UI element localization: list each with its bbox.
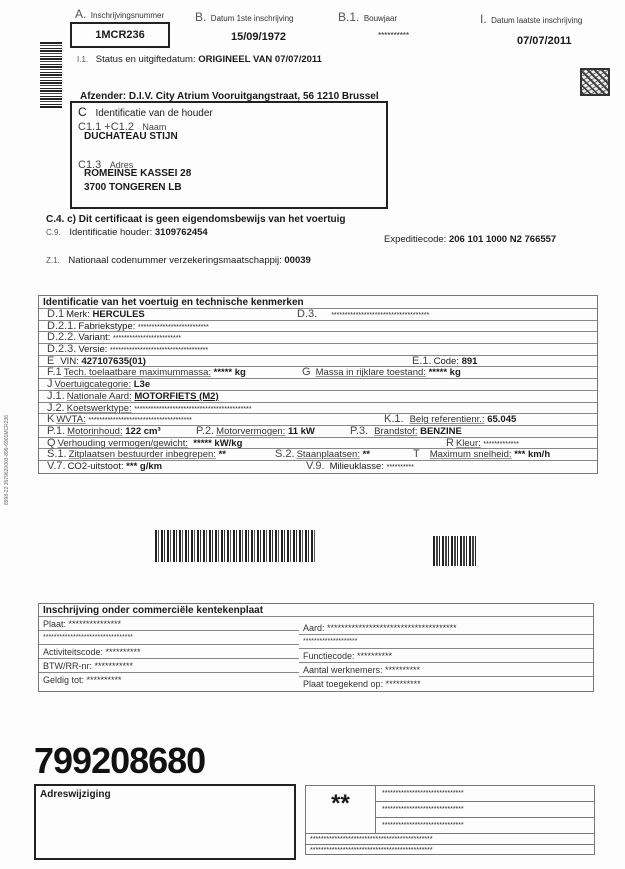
- fuel-label: Brandstof:: [374, 426, 417, 437]
- registration-number: 1MCR236: [70, 22, 170, 48]
- body-type-value: ****************************************…: [134, 406, 251, 413]
- vin-field: EVIN: 427107635(01): [47, 356, 146, 367]
- standing-code: S.2.: [275, 448, 295, 460]
- commercial-plate-grid: Plaat: *************** *****************…: [39, 617, 593, 691]
- expedition-label: Expeditiecode:: [384, 234, 446, 245]
- datamatrix-code-icon: [580, 68, 610, 96]
- max-mass-code: F.1: [47, 366, 62, 378]
- d3-value: ************************************: [331, 312, 429, 319]
- max-mass-field: F.1Tech. toelaatbare maximummassa: *****…: [47, 367, 246, 378]
- field-a-caption: Inschrijvingsnummer: [91, 11, 164, 20]
- engine-capacity-label: Motorinhoud:: [67, 426, 122, 437]
- max-speed-value: *** km/h: [514, 449, 550, 460]
- brand-value: HERCULES: [93, 309, 145, 320]
- table-row: KWVTA: *********************************…: [39, 414, 597, 426]
- running-mass-value: ***** kg: [429, 367, 461, 378]
- seats-label: Zitplaatsen bestuurder inbegrepen:: [69, 449, 216, 460]
- e1-code: E.1.: [412, 355, 432, 367]
- seats-field: S.1.Zitplaatsen bestuurder inbegrepen: *…: [47, 449, 226, 460]
- table-row: D.2.2.Variant: *************************: [39, 332, 597, 344]
- fuel-code: P.3.: [350, 425, 368, 437]
- variant-code: D.2.2.: [47, 331, 76, 343]
- power-weight-field: QVerhouding vermogen/gewicht: ***** kW/k…: [47, 438, 242, 449]
- engine-power-label: Motorvermogen:: [216, 426, 285, 437]
- build-year: **********: [378, 31, 409, 40]
- max-speed-label: Maximum snelheid:: [430, 449, 512, 460]
- field-a-label: A. Inschrijvingsnummer: [75, 5, 164, 23]
- color-value: *************: [483, 441, 518, 448]
- table-row: F.1Tech. toelaatbare maximummassa: *****…: [39, 367, 597, 379]
- vehicle-table: Identificatie van het voertuig en techni…: [38, 295, 598, 474]
- insurance-code-value: 00039: [284, 255, 310, 266]
- commercial-right-column: Aard: **********************************…: [299, 617, 593, 691]
- max-mass-label: Tech. toelaatbare maximummassa:: [64, 367, 211, 378]
- running-mass-label: Massa in rijklare toestand:: [316, 367, 426, 378]
- field-b-caption: Datum 1ste inschrijving: [211, 14, 294, 23]
- expedition-code: Expeditiecode: 206 101 1000 N2 766557: [384, 234, 556, 245]
- d3-field: D.3.************************************: [297, 309, 429, 321]
- vin-value: 427107635(01): [81, 356, 145, 367]
- wvta-code: K: [47, 413, 54, 425]
- category-field: JVoertuigcategorie: L3e: [47, 379, 150, 390]
- holder-id-value: 3109762454: [155, 227, 208, 238]
- national-type-label: Nationale Aard:: [67, 391, 132, 402]
- table-row: P.1.Motorinhoud: 122 cm³ P.2.Motorvermog…: [39, 426, 597, 438]
- insurance-code-code: Z.1.: [46, 256, 60, 265]
- masked-footer-row: ****************************************…: [306, 845, 594, 856]
- address-change-box: Adreswijziging: [34, 784, 296, 860]
- engine-power-code: P.2.: [196, 425, 214, 437]
- belg-ref-field: K.1.Belg referentienr.: 65.045: [384, 414, 516, 425]
- holder-id-line: C.9. Identificatie houder: 3109762454: [46, 227, 208, 238]
- category-value: L3e: [134, 379, 150, 390]
- commercial-cell: *********************************: [39, 631, 299, 645]
- national-type-field: J.1.Nationale Aard: MOTORFIETS (M2): [47, 391, 219, 402]
- engine-power-field: P.2.Motorvermogen: 11 kW: [196, 426, 315, 437]
- table-row: JVoertuigcategorie: L3e: [39, 379, 597, 391]
- status-line: I.1. Status en uitgiftedatum: ORIGINEEL …: [77, 54, 322, 65]
- holder-address-line1: ROMEINSE KASSEI 28: [84, 168, 191, 179]
- table-row: J.1.Nationale Aard: MOTORFIETS (M2): [39, 391, 597, 403]
- marker-cell: **: [306, 786, 376, 834]
- env-class-label: Milieuklasse:: [330, 461, 384, 472]
- status-label: Status en uitgiftedatum:: [96, 54, 196, 65]
- commercial-cell: Plaat toegekend op: **********: [299, 677, 593, 691]
- factory-type-label: Fabriekstype:: [78, 321, 135, 332]
- brand-label: Merk:: [66, 309, 90, 320]
- commercial-cell: Functiecode: **********: [299, 649, 593, 663]
- version-label: Versie:: [78, 344, 107, 355]
- table-row: D.1Merk: HERCULES D.3.******************…: [39, 309, 597, 321]
- wvta-value: **************************************: [88, 417, 192, 424]
- co2-field: V.7.CO2-uitstoot: *** g/km: [47, 461, 162, 472]
- insurance-code-line: Z.1. Nationaal codenummer verzekeringsma…: [46, 255, 311, 266]
- status-code: I.1.: [77, 55, 88, 64]
- variant-value: *************************: [113, 335, 181, 342]
- commercial-cell: ********************: [299, 635, 593, 649]
- e1-code-field: E.1.Code: 891: [412, 356, 477, 367]
- barcode-icon: [155, 530, 315, 562]
- body-type-field: J.2.Koetswerktype: *********************…: [47, 403, 251, 415]
- commercial-cell: BTW/RR-nr: ***********: [39, 659, 299, 673]
- commercial-plate-title: Inschrijving onder commerciële kentekenp…: [39, 604, 593, 617]
- engine-capacity-field: P.1.Motorinhoud: 122 cm³: [47, 426, 161, 437]
- running-mass-field: GMassa in rijklare toestand: ***** kg: [302, 367, 461, 378]
- last-registration-date: 07/07/2011: [517, 35, 571, 47]
- field-i-code: I.: [480, 12, 487, 26]
- co2-value: *** g/km: [126, 461, 162, 472]
- table-row: QVerhouding vermogen/gewicht: ***** kW/k…: [39, 438, 597, 450]
- holder-address-line2: 3700 TONGEREN LB: [84, 182, 182, 193]
- d3-code: D.3.: [297, 308, 317, 320]
- seats-code: S.1.: [47, 448, 67, 460]
- field-i-caption: Datum laatste inschrijving: [491, 16, 582, 25]
- running-mass-code: G: [302, 366, 311, 378]
- factory-type-code: D.2.1.: [47, 320, 76, 332]
- env-class-value: **********: [387, 464, 414, 471]
- wvta-label: WVTA:: [56, 414, 85, 425]
- engine-power-value: 11 kW: [288, 426, 315, 437]
- holder-box: C Identificatie van de houder C1.1 +C1.2…: [70, 101, 388, 209]
- masked-row: ******************************: [376, 802, 594, 818]
- address-change-label: Adreswijziging: [40, 789, 111, 800]
- masked-footer-row: ****************************************…: [306, 834, 594, 845]
- max-speed-code: T: [413, 448, 420, 460]
- field-b1-caption: Bouwjaar: [364, 14, 397, 23]
- wvta-field: KWVTA: *********************************…: [47, 414, 192, 426]
- color-code: R: [446, 437, 454, 449]
- body-type-label: Koetswerktype:: [67, 403, 132, 414]
- field-b1-code: B.1.: [338, 10, 359, 24]
- max-speed-field: TMaximum snelheid: *** km/h: [413, 449, 550, 460]
- belg-ref-code: K.1.: [384, 413, 404, 425]
- max-mass-value: ***** kg: [214, 367, 246, 378]
- commercial-cell: Aantal werknemers: **********: [299, 663, 593, 677]
- vehicle-table-title: Identificatie van het voertuig en techni…: [39, 296, 597, 309]
- field-a-code: A.: [75, 7, 86, 21]
- seats-value: **: [219, 449, 226, 460]
- side-reference-text: 8998-22 3579620003-899-6901MCR236: [4, 415, 10, 505]
- commercial-left-column: Plaat: *************** *****************…: [39, 617, 299, 691]
- e1-value: 891: [462, 356, 478, 367]
- table-row: EVIN: 427107635(01) E.1.Code: 891: [39, 356, 597, 368]
- standing-value: **: [363, 449, 370, 460]
- vin-label: VIN:: [60, 356, 78, 367]
- brand-field: D.1Merk: HERCULES: [47, 309, 145, 320]
- version-value: ************************************: [110, 347, 208, 354]
- c4-notice: C.4. c) Dit certificaat is geen eigendom…: [46, 214, 346, 225]
- fuel-value: BENZINE: [420, 426, 462, 437]
- color-label: Kleur:: [456, 438, 481, 449]
- co2-code: V.7.: [47, 460, 66, 472]
- e1-label: Code:: [434, 356, 459, 367]
- table-row: D.2.3.Versie: **************************…: [39, 344, 597, 356]
- masked-row: ******************************: [376, 818, 594, 834]
- status-value: ORIGINEEL VAN 07/07/2011: [198, 54, 322, 65]
- variant-label: Variant:: [78, 332, 110, 343]
- fuel-field: P.3.Brandstof: BENZINE: [350, 426, 462, 437]
- field-b-label: B. Datum 1ste inschrijving: [195, 8, 294, 26]
- engine-capacity-value: 122 cm³: [125, 426, 160, 437]
- belg-ref-value: 65.045: [487, 414, 516, 425]
- power-weight-value: ***** kW/kg: [193, 438, 242, 449]
- version-field: D.2.3.Versie: **************************…: [47, 344, 208, 356]
- table-row: V.7.CO2-uitstoot: *** g/km V.9.Milieukla…: [39, 461, 597, 473]
- category-label: Voertuigcategorie:: [55, 379, 132, 390]
- insurance-code-label: Nationaal codenummer verzekeringsmaatsch…: [68, 255, 281, 266]
- color-field: RKleur: *************: [446, 438, 519, 450]
- vertical-barcode-icon: [40, 42, 62, 108]
- national-type-value: MOTORFIETS (M2): [134, 391, 218, 402]
- expedition-value: 206 101 1000 N2 766557: [449, 234, 556, 245]
- version-code: D.2.3.: [47, 343, 76, 355]
- brand-code: D.1: [47, 308, 64, 320]
- national-type-code: J.1.: [47, 390, 65, 402]
- holder-name: DUCHATEAU STIJN: [84, 131, 178, 142]
- env-class-code: V.9.: [306, 460, 325, 472]
- engine-capacity-code: P.1.: [47, 425, 65, 437]
- commercial-cell: Geldig tot: **********: [39, 673, 299, 687]
- holder-id-code: C.9.: [46, 228, 61, 237]
- field-i-label: I. Datum laatste inschrijving: [480, 10, 582, 28]
- co2-label: CO2-uitstoot:: [68, 461, 124, 472]
- commercial-cell: Activiteitscode: **********: [39, 645, 299, 659]
- table-row: D.2.1.Fabriekstype: ********************…: [39, 321, 597, 333]
- holder-id-label: Identificatie houder:: [69, 227, 152, 238]
- belg-ref-label: Belg referentienr.:: [410, 414, 485, 425]
- bottom-right-box: ** ****************************** ******…: [305, 785, 595, 855]
- power-weight-code: Q: [47, 437, 56, 449]
- category-code: J: [47, 378, 53, 390]
- power-weight-label: Verhouding vermogen/gewicht:: [58, 438, 188, 449]
- table-row: J.2.Koetswerktype: *********************…: [39, 403, 597, 415]
- commercial-cell: Aard: **********************************…: [299, 621, 593, 635]
- field-b-code: B.: [195, 10, 206, 24]
- standing-label: Staanplaatsen:: [297, 449, 360, 460]
- commercial-plate-table: Inschrijving onder commerciële kentekenp…: [38, 603, 594, 692]
- body-type-code: J.2.: [47, 402, 65, 414]
- env-class-field: V.9.Milieuklasse: **********: [306, 461, 414, 473]
- document-number: 799208680: [34, 740, 205, 782]
- commercial-cell: Plaat: ***************: [39, 617, 299, 631]
- masked-row: ******************************: [376, 786, 594, 802]
- vin-code: E: [47, 355, 54, 367]
- standing-field: S.2.Staanplaatsen: **: [275, 449, 370, 460]
- barcode-small-icon: [433, 536, 477, 566]
- factory-type-value: **************************: [138, 324, 209, 331]
- field-b1-label: B.1. Bouwjaar: [338, 8, 397, 26]
- first-registration-date: 15/09/1972: [231, 31, 286, 43]
